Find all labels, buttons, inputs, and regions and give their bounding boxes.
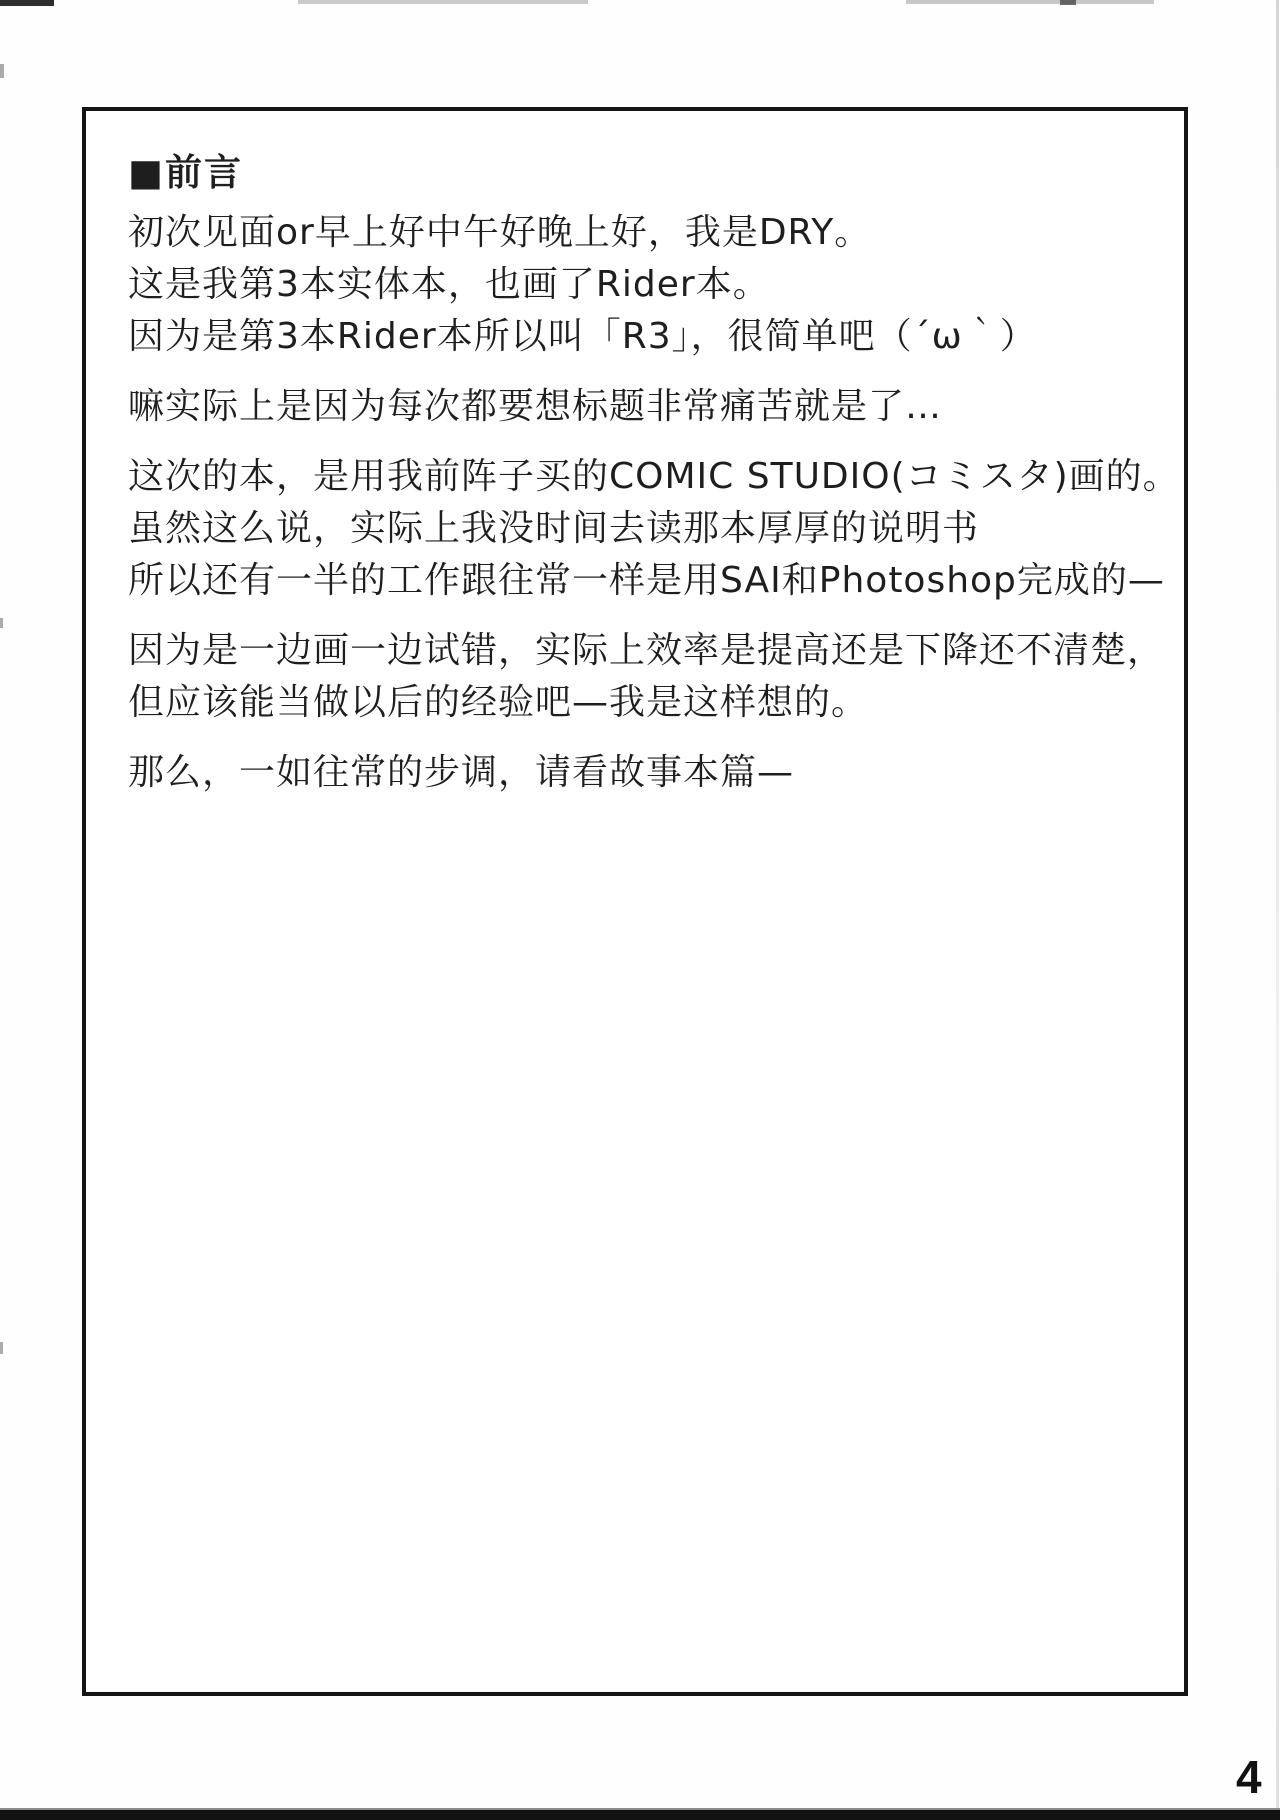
scan-page-right-edge (1276, 0, 1279, 1820)
text-line: 这是我第3本实体本，也画了Rider本。 (128, 264, 770, 305)
preface-paragraph: 这次的本，是用我前阵子买的COMIC STUDIO(コミスタ)画的。虽然这么说，… (128, 451, 1156, 607)
preface-paragraph: 因为是一边画一边试错，实际上效率是提高还是下降还不清楚，但应该能当做以后的经验吧… (128, 625, 1156, 729)
text-line: 这次的本，是用我前阵子买的COMIC STUDIO(コミスタ)画的。 (128, 456, 1180, 497)
scan-artifact-left-edge (0, 618, 3, 628)
preface-text-block: ■前言 初次见面or早上好中午好晚上好，我是DRY。这是我第3本实体本，也画了R… (128, 147, 1156, 817)
scan-artifact-top-tick (1060, 0, 1076, 5)
scan-artifact-top-mid (298, 0, 588, 4)
preface-heading: ■前言 (128, 147, 1156, 199)
content-frame: ■前言 初次见面or早上好中午好晚上好，我是DRY。这是我第3本实体本，也画了R… (82, 107, 1188, 1696)
page-number: 4 (1236, 1750, 1261, 1804)
scan-artifact-top-right (906, 0, 1154, 4)
text-line: 但应该能当做以后的经验吧—我是这样想的。 (128, 682, 868, 723)
preface-paragraph: 嘛实际上是因为每次都要想标题非常痛苦就是了… (128, 381, 1156, 433)
scan-artifact-bottom-bar (0, 1808, 1280, 1820)
text-line: 因为是第3本Rider本所以叫「R3」，很简单吧（´ω｀） (128, 316, 1037, 357)
scanned-doujin-preface-page: { "page": { "heading": "■前言", "paragraph… (0, 0, 1280, 1820)
text-line: 因为是一边画一边试错，实际上效率是提高还是下降还不清楚， (128, 630, 1164, 671)
text-line: 那么，一如往常的步调，请看故事本篇— (128, 752, 794, 793)
preface-paragraphs: 初次见面or早上好中午好晚上好，我是DRY。这是我第3本实体本，也画了Rider… (128, 207, 1156, 799)
text-line: 虽然这么说，实际上我没时间去读那本厚厚的说明书 (128, 508, 979, 549)
text-line: 嘛实际上是因为每次都要想标题非常痛苦就是了… (128, 386, 942, 427)
preface-paragraph: 那么，一如往常的步调，请看故事本篇— (128, 747, 1156, 799)
text-line: 所以还有一半的工作跟往常一样是用SAI和Photoshop完成的— (128, 560, 1165, 601)
scan-artifact-left-edge (0, 64, 4, 78)
text-line: 初次见面or早上好中午好晚上好，我是DRY。 (128, 212, 871, 253)
scan-artifact-top-left (0, 0, 54, 6)
preface-paragraph: 初次见面or早上好中午好晚上好，我是DRY。这是我第3本实体本，也画了Rider… (128, 207, 1156, 363)
scan-artifact-left-edge (0, 1342, 3, 1354)
